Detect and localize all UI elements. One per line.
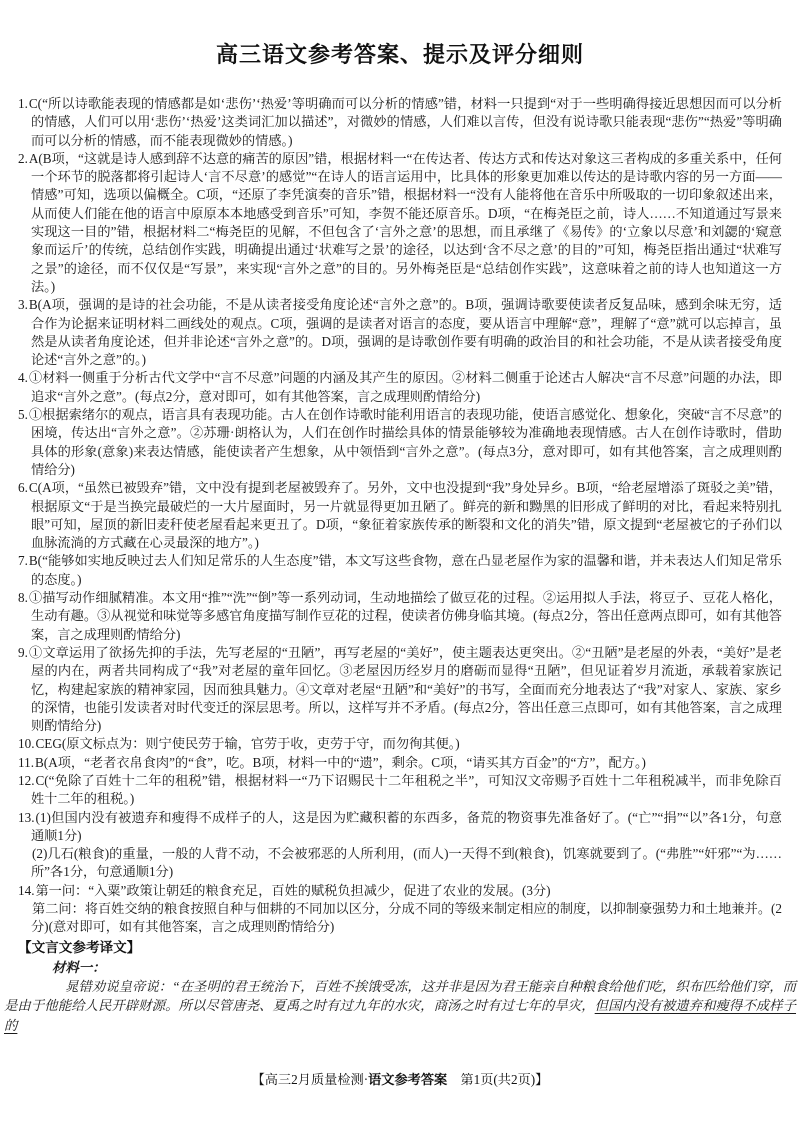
answer-text: B(A项，强调的是诗的社会功能，不是从读者接受角度论述“言外之意”的。B项，强调…: [29, 297, 782, 367]
answer-text: ①根据索绪尔的观点，语言具有表现功能。古人在创作诗歌时能利用语言的表现功能，使语…: [29, 407, 782, 477]
answer-number: 6.: [18, 480, 29, 495]
answer-number: 5.: [18, 407, 29, 422]
answer-number: 13.: [18, 810, 35, 825]
answer-subtext: 第二问：将百姓交纳的粮食按照自种与佃耕的不同加以区分，分成不同的等级来制定相应的…: [31, 900, 782, 937]
answer-number: 11.: [18, 755, 35, 770]
answer-number: 8.: [18, 590, 29, 605]
answer-item-7: 7.B(“能够如实地反映过去人们知足常乐的人生态度”错，本文写这些食物，意在凸显…: [18, 552, 782, 589]
footer-subject: 语文参考答案: [368, 1073, 447, 1088]
answer-text: C(A项，“虽然已被毁弃”错，文中没有提到老屋被毁弃了。另外，文中也没提到“我”…: [29, 480, 782, 550]
material-one-label: 材料一：: [18, 958, 782, 977]
footer-exam-name: 【高三2月质量检测·: [252, 1072, 369, 1087]
answer-text: ①描写动作细腻精准。本文用“推”“洗”“倒”等一系列动词，生动地描绘了做豆花的过…: [29, 590, 782, 642]
answers-list: 1.C(“所以诗歌能表现的情感都是如‘悲伤’‘热爱’等明确而可以分析的情感”错，…: [18, 95, 782, 937]
answer-text: CEG(原文标点为：则宁使民劳于输，官劳于收，吏劳于守，而勿徇其便。): [35, 736, 459, 751]
answer-item-14: 14.第一问：“入粟”政策让朝廷的粮食充足，百姓的赋税负担减少，促进了农业的发展…: [18, 882, 782, 937]
answer-number: 4.: [18, 370, 29, 385]
answer-number: 10.: [18, 736, 35, 751]
answer-text: C(“所以诗歌能表现的情感都是如‘悲伤’‘热爱’等明确而可以分析的情感”错，材料…: [29, 96, 782, 148]
answer-item-3: 3.B(A项，强调的是诗的社会功能，不是从读者接受角度论述“言外之意”的。B项，…: [18, 296, 782, 369]
page-footer: 【高三2月质量检测·语文参考答案 第1页(共2页)】: [0, 1069, 800, 1088]
answer-item-10: 10.CEG(原文标点为：则宁使民劳于输，官劳于收，吏劳于守，而勿徇其便。): [18, 735, 782, 753]
answer-text: (1)但国内没有被遗弃和瘦得不成样子的人，这是因为贮藏积蓄的东西多，备荒的物资事…: [31, 810, 782, 843]
answer-subtext: (2)几石(粮食)的重量，一般的人背不动，不会被邪恶的人所利用，(而人)一天得不…: [31, 845, 782, 882]
answer-text: B(A项，“老者衣帛食肉”的“食”，吃。B项，材料一中的“遗”，剩余。C项，“请…: [35, 755, 646, 770]
page-title: 高三语文参考答案、提示及评分细则: [18, 38, 782, 69]
answer-item-11: 11.B(A项，“老者衣帛食肉”的“食”，吃。B项，材料一中的“遗”，剩余。C项…: [18, 754, 782, 772]
answer-item-8: 8.①描写动作细腻精准。本文用“推”“洗”“倒”等一系列动词，生动地描绘了做豆花…: [18, 589, 782, 644]
answer-item-9: 9.①文章运用了欲扬先抑的手法，先写老屋的“丑陋”，再写老屋的“美好”，使主题表…: [18, 644, 782, 735]
answer-number: 9.: [18, 645, 29, 660]
answer-text: C(“免除了百姓十二年的租税”错，根据材料一“乃下诏赐民十二年租税之半”，可知汉…: [31, 773, 782, 806]
answer-text: B(“能够如实地反映过去人们知足常乐的人生态度”错，本文写这些食物，意在凸显老屋…: [29, 553, 782, 586]
answer-text: ①文章运用了欲扬先抑的手法，先写老屋的“丑陋”，再写老屋的“美好”，使主题表达更…: [29, 645, 782, 733]
answer-item-13: 13.(1)但国内没有被遗弃和瘦得不成样子的人，这是因为贮藏积蓄的东西多，备荒的…: [18, 809, 782, 882]
answer-item-5: 5.①根据索绪尔的观点，语言具有表现功能。古人在创作诗歌时能利用语言的表现功能，…: [18, 406, 782, 479]
answer-item-12: 12.C(“免除了百姓十二年的租税”错，根据材料一“乃下诏赐民十二年租税之半”，…: [18, 772, 782, 809]
answer-number: 1.: [18, 96, 29, 111]
answer-text: A(B项，“这就是诗人感到辞不达意的痛苦的原因”错，根据材料一“在传达者、传达方…: [29, 151, 782, 294]
answer-sheet-page: 高三语文参考答案、提示及评分细则 1.C(“所以诗歌能表现的情感都是如‘悲伤’‘…: [0, 0, 800, 1132]
answer-text: ①材料一侧重于分析古代文学中“言不尽意”问题的内涵及其产生的原因。②材料二侧重于…: [29, 370, 782, 403]
answer-item-4: 4.①材料一侧重于分析古代文学中“言不尽意”问题的内涵及其产生的原因。②材料二侧…: [18, 369, 782, 406]
answer-number: 12.: [18, 773, 35, 788]
answer-number: 2.: [18, 151, 29, 166]
translation-section-header: 【文言文参考译文】: [18, 939, 782, 958]
answer-item-1: 1.C(“所以诗歌能表现的情感都是如‘悲伤’‘热爱’等明确而可以分析的情感”错，…: [18, 95, 782, 150]
answer-item-2: 2.A(B项，“这就是诗人感到辞不达意的痛苦的原因”错，根据材料一“在传达者、传…: [18, 150, 782, 296]
footer-page-number: 第1页(共2页)】: [447, 1072, 548, 1087]
answer-number: 14.: [18, 883, 35, 898]
answer-text: 第一问：“入粟”政策让朝廷的粮食充足，百姓的赋税负担减少，促进了农业的发展。(3…: [35, 883, 550, 898]
answer-number: 7.: [18, 553, 29, 568]
answer-number: 3.: [18, 297, 29, 312]
answer-item-6: 6.C(A项，“虽然已被毁弃”错，文中没有提到老屋被毁弃了。另外，文中也没提到“…: [18, 479, 782, 552]
translation-paragraph: 晁错劝说皇帝说：“在圣明的君王统治下，百姓不挨饿受冻，这并非是因为君王能亲自种粮…: [4, 977, 796, 1036]
